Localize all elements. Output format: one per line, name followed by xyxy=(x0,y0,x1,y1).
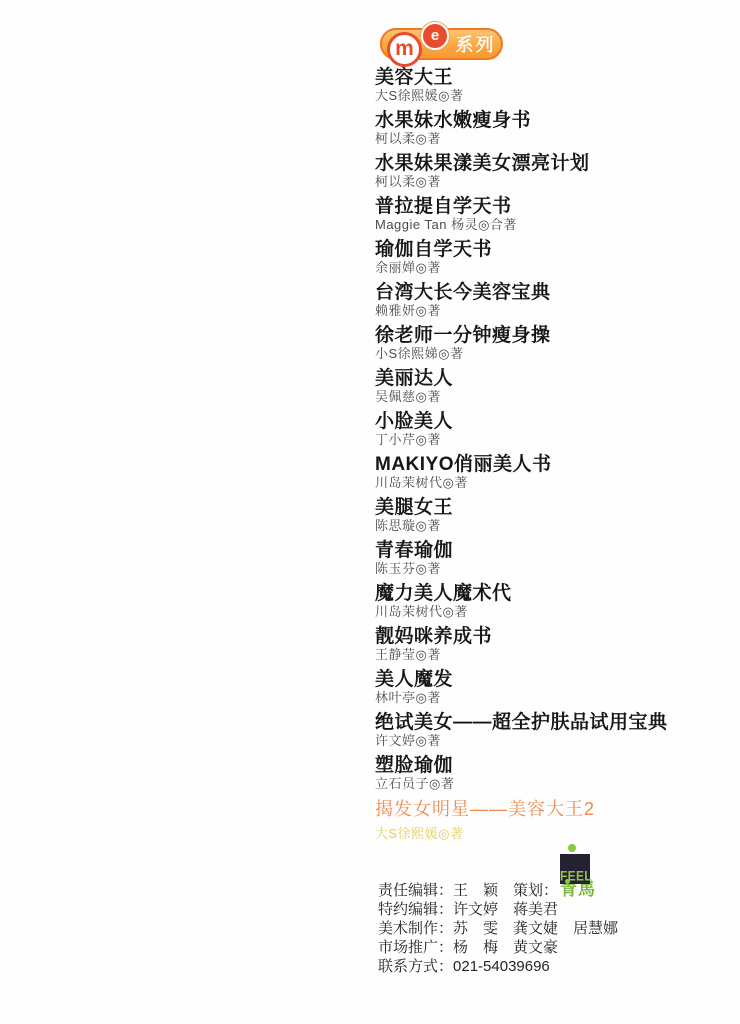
book-author: 陈思璇◎著 xyxy=(375,518,725,533)
book-entry: 美人魔发 林叶亭◎著 xyxy=(375,669,725,705)
book-title: 靓妈咪养成书 xyxy=(375,626,725,647)
book-entry: 美丽达人 吴佩慈◎著 xyxy=(375,368,725,404)
book-entry: 绝试美女——超全护肤品试用宝典 许文婷◎著 xyxy=(375,712,725,748)
book-entry: 青春瑜伽 陈玉芬◎著 xyxy=(375,540,725,576)
book-title: 徐老师一分钟瘦身操 xyxy=(375,325,725,346)
credit-label: 联系方式： xyxy=(378,958,453,975)
book-entry: 普拉提自学天书 Maggie Tan 杨灵◎合著 xyxy=(375,196,725,232)
book-list: 美容大王 大S徐熙媛◎著 水果妹水嫩瘦身书 柯以柔◎著 水果妹果漾美女漂亮计划 … xyxy=(375,67,725,841)
book-title: 普拉提自学天书 xyxy=(375,196,725,217)
book-author: 立石员子◎著 xyxy=(375,776,725,791)
book-entry: 台湾大长今美容宝典 赖雅妍◎著 xyxy=(375,282,725,318)
series-label: 系列 xyxy=(454,30,497,58)
book-entry: 靓妈咪养成书 王静莹◎著 xyxy=(375,626,725,662)
book-entry: MAKIYO俏丽美人书 川岛茉树代◎著 xyxy=(375,454,725,490)
publisher-brand: FEEL青馬 xyxy=(560,881,596,900)
credit-value: 许文婷 蒋美君 xyxy=(453,901,558,918)
credit-label: 特约编辑： xyxy=(378,901,453,918)
book-title: 绝试美女——超全护肤品试用宝典 xyxy=(375,712,725,733)
book-title: 小脸美人 xyxy=(375,411,725,432)
credit-label: 市场推广： xyxy=(378,939,453,956)
book-author: 王静莹◎著 xyxy=(375,647,725,662)
credit-value: 苏 雯 龚文婕 居慧娜 xyxy=(453,920,618,937)
book-title: 台湾大长今美容宝典 xyxy=(375,282,725,303)
book-title: 水果妹果漾美女漂亮计划 xyxy=(375,153,725,174)
book-author: 柯以柔◎著 xyxy=(375,131,725,146)
book-author: 余丽婵◎著 xyxy=(375,260,725,275)
book-entry: 美容大王 大S徐熙媛◎著 xyxy=(375,67,725,103)
bubble-dot-icon xyxy=(568,844,576,852)
book-entry: 美腿女王 陈思璇◎著 xyxy=(375,497,725,533)
book-title: 青春瑜伽 xyxy=(375,540,725,561)
book-title: 魔力美人魔术代 xyxy=(375,583,725,604)
credit-value: 王 颖 xyxy=(453,882,498,899)
credit-label-2: 策划： xyxy=(498,882,558,899)
credit-line: 责任编辑：王 颖 策划：FEEL青馬 xyxy=(378,881,708,900)
book-title: 塑脸瑜伽 xyxy=(375,755,725,776)
scanned-page: m e 系列 美容大王 大S徐熙媛◎著 水果妹水嫩瘦身书 柯以柔◎著 水果妹果漾… xyxy=(0,0,740,1024)
credit-line: 特约编辑：许文婷 蒋美君 xyxy=(378,900,708,919)
book-title: 美人魔发 xyxy=(375,669,725,690)
highlight-book-title: 揭发女明星——美容大王2 xyxy=(375,798,725,820)
book-author: 赖雅妍◎著 xyxy=(375,303,725,318)
book-author: 丁小芹◎著 xyxy=(375,432,725,447)
book-entry: 魔力美人魔术代 川岛茉树代◎著 xyxy=(375,583,725,619)
credit-label: 责任编辑： xyxy=(378,882,453,899)
e-badge-icon: e xyxy=(421,22,449,50)
book-author: 林叶亭◎著 xyxy=(375,690,725,705)
credit-line: 美术制作：苏 雯 龚文婕 居慧娜 xyxy=(378,919,708,938)
book-title: 水果妹水嫩瘦身书 xyxy=(375,110,725,131)
book-entry: 塑脸瑜伽 立石员子◎著 xyxy=(375,755,725,791)
highlight-book-author: 大S徐熙媛◎著 xyxy=(375,826,725,841)
book-entry: 瑜伽自学天书 余丽婵◎著 xyxy=(375,239,725,275)
book-author: Maggie Tan 杨灵◎合著 xyxy=(375,217,725,232)
book-title: MAKIYO俏丽美人书 xyxy=(375,454,725,475)
m-badge-icon: m xyxy=(387,32,422,67)
highlight-book-entry: 揭发女明星——美容大王2 大S徐熙媛◎著 xyxy=(375,798,725,841)
book-author: 吴佩慈◎著 xyxy=(375,389,725,404)
credit-line: 市场推广：杨 梅 黄文豪 xyxy=(378,938,708,957)
credit-value: 杨 梅 黄文豪 xyxy=(453,939,558,956)
book-title: 瑜伽自学天书 xyxy=(375,239,725,260)
book-title: 美丽达人 xyxy=(375,368,725,389)
credit-value: 021-54039696 xyxy=(453,958,550,975)
book-author: 柯以柔◎著 xyxy=(375,174,725,189)
qingma-brand-text: 青馬 xyxy=(560,881,596,898)
book-title: 美容大王 xyxy=(375,67,725,88)
feel-logo-icon: FEEL xyxy=(560,836,592,884)
book-entry: 徐老师一分钟瘦身操 小S徐熙娣◎著 xyxy=(375,325,725,361)
credit-label: 美术制作： xyxy=(378,920,453,937)
book-author: 川岛茉树代◎著 xyxy=(375,604,725,619)
credit-line: 联系方式：021-54039696 xyxy=(378,957,708,976)
credits-block: 责任编辑：王 颖 策划：FEEL青馬 特约编辑：许文婷 蒋美君 美术制作：苏 雯… xyxy=(378,881,708,976)
me-series-logo: m e 系列 xyxy=(380,28,503,60)
book-author: 大S徐熙媛◎著 xyxy=(375,88,725,103)
book-entry: 水果妹水嫩瘦身书 柯以柔◎著 xyxy=(375,110,725,146)
book-title: 美腿女王 xyxy=(375,497,725,518)
book-entry: 小脸美人 丁小芹◎著 xyxy=(375,411,725,447)
book-entry: 水果妹果漾美女漂亮计划 柯以柔◎著 xyxy=(375,153,725,189)
book-author: 许文婷◎著 xyxy=(375,733,725,748)
book-author: 川岛茉树代◎著 xyxy=(375,475,725,490)
book-author: 小S徐熙娣◎著 xyxy=(375,346,725,361)
book-author: 陈玉芬◎著 xyxy=(375,561,725,576)
